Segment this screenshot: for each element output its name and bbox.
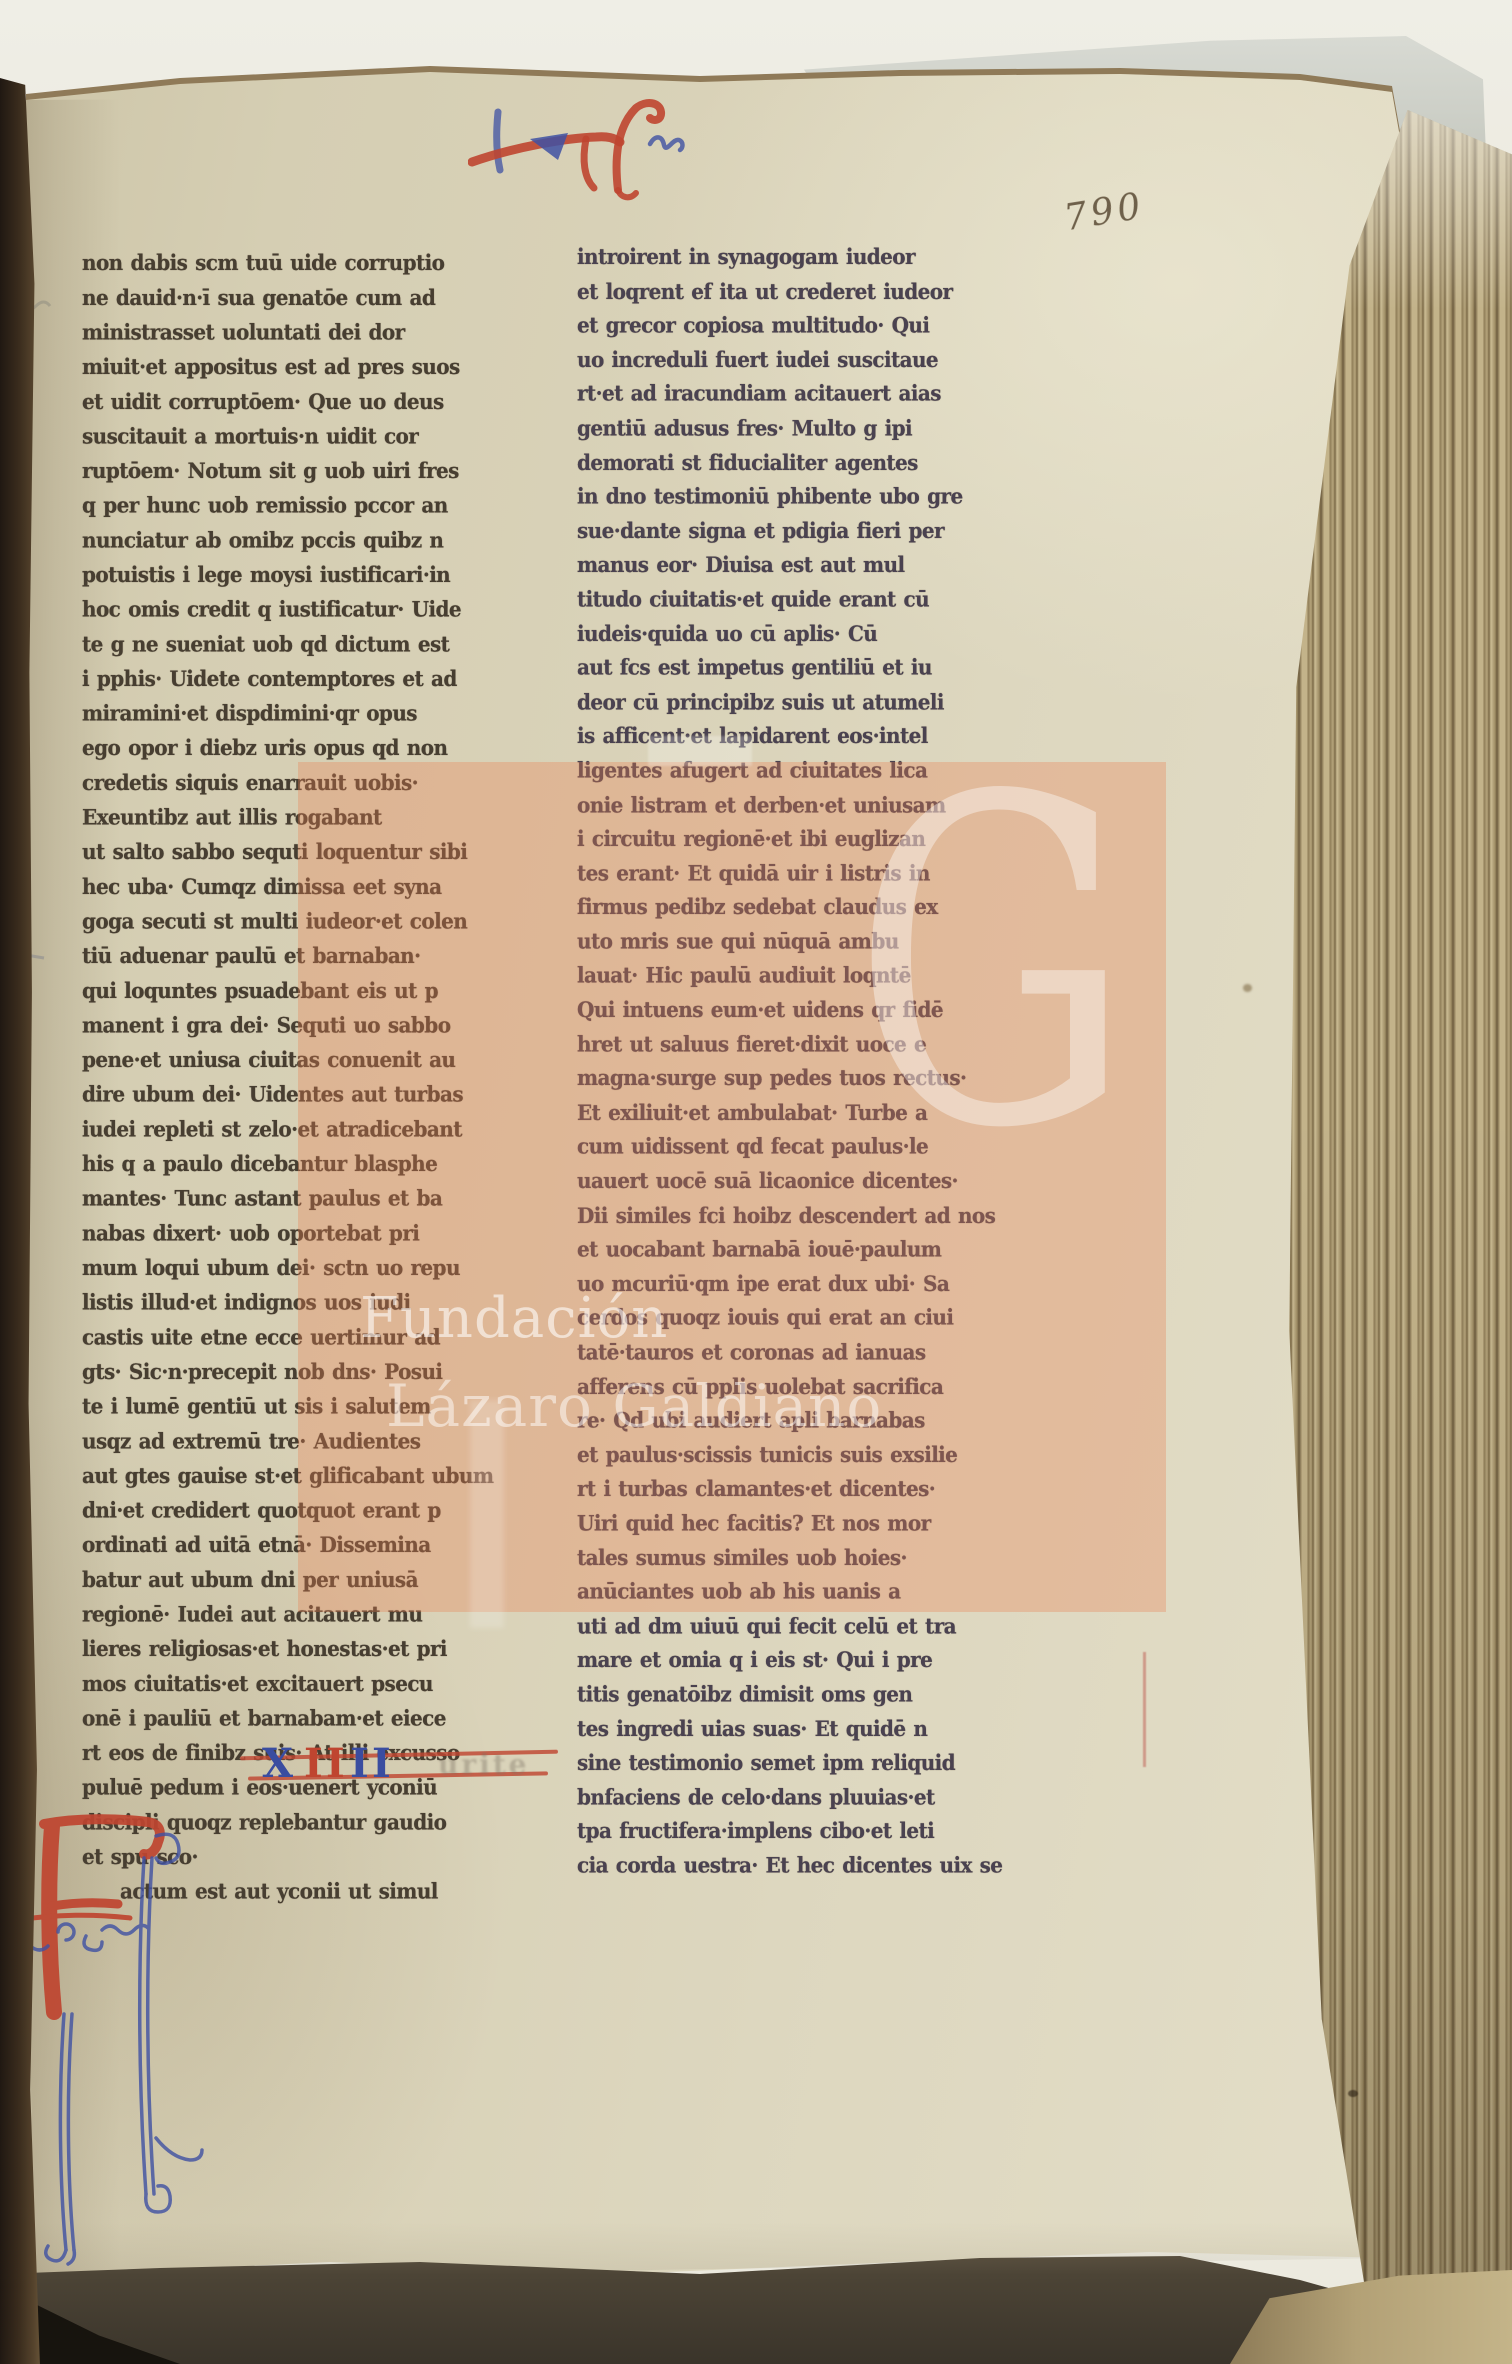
text-line: uto mris sue qui nūquā ambu [577,924,1019,958]
text-line: nunciatur ab omibz pccis quibz n [82,523,528,558]
text-line: demorati st fiducialiter agentes [577,445,1019,479]
text-line: dni·et credidert quotquot erant p [82,1493,528,1528]
chapter-letter: I [350,1741,369,1787]
text-line: Exeuntibz aut illis rogabant [82,800,528,835]
text-line: iudeis·quida uo cū aplis· Cū [577,616,1019,650]
text-line: castis uite etne ecce uertimur ad [82,1320,528,1355]
text-line: Dii similes fci hoibz descendert ad nos [577,1198,1019,1232]
text-line: et paulus·scissis tunicis suis exsilie [577,1438,1019,1472]
text-line: credetis siquis enarrauit uobis· [82,766,528,801]
text-line: i pphis· Uidete contemptores et ad [82,662,528,697]
text-line: tpa fructifera·implens cibo·et leti [577,1814,1019,1848]
chapter-letter: I [304,1741,323,1787]
text-line: et loqrent ef ita ut crederet iudeor [577,274,1019,308]
text-line: cerdos quoqz iouis qui erat an ciui [577,1301,1019,1335]
text-line: mum loqui ubum dei· sctn uo repu [82,1251,528,1286]
text-line: i circuitu regionē·et ibi euglizan [577,822,1019,856]
text-line: deor cū principibz suis ut atumeli [577,685,1019,719]
text-line: titudo ciuitatis·et quide erant cū [577,582,1019,616]
text-line: tatē·tauros et coronas ad ianuas [577,1335,1019,1369]
text-line: manus eor· Diuisa est aut mul [577,548,1019,582]
text-line: is afficent·et lapidarent eos·intel [577,719,1019,753]
text-line: uo increduli fuert iudei suscitaue [577,343,1019,377]
text-line: tales sumus similes uob hoies· [577,1540,1019,1574]
text-line: miuit·et appositus est ad pres suos [82,350,528,385]
text-line: te g ne sueniat uob qd dictum est [82,627,528,662]
text-line: bnfaciens de celo·dans pluuias·et [577,1780,1019,1814]
text-line: et uocabant barnabā iouē·paulum [577,1232,1019,1266]
text-line: rt i turbas clamantes·et dicentes· [577,1472,1019,1506]
text-line: regionē· Iudei aut acitauert mu [82,1597,528,1632]
text-line: iudei repleti st zelo·et atradicebant [82,1112,528,1147]
text-line: hoc omis credit q iustificatur· Uide [82,593,528,628]
text-line: qui loquntes psuadebant eis ut p [82,974,528,1009]
chapter-numeral-block: X I I I I urite [238,1740,598,1796]
text-line: ordinati ad uitā etnā· Dissemina [82,1528,528,1563]
text-line: aut fcs est impetus gentiliū et iu [577,651,1019,685]
text-line: tiū aduenar paulū et barnaban· [82,939,528,974]
text-line: potuistis i lege moysi iustificari·in [82,558,528,593]
chapter-letter: I [372,1741,391,1787]
text-line: lauat· Hic paulū audiuit loqntē [577,959,1019,993]
text-line: re· Qd ubi audiert apli barnabas [577,1404,1019,1438]
text-line: et grecor copiosa multitudo· Qui [577,308,1019,342]
text-line: mare et omia q i eis st· Qui i pre [577,1643,1019,1677]
text-line: te i lumē gentiū ut sis i salutem [82,1389,528,1424]
text-line: introirent in synagogam iudeor [577,240,1019,274]
chapter-letter: I [326,1741,345,1787]
text-line: uo mcuriū·qm ipe erat dux ubi· Sa [577,1267,1019,1301]
text-line: ne dauid·n·ī sua genatōe cum ad [82,281,528,316]
text-line: ego opor i diebz uris opus qd non [82,731,528,766]
text-line: Uiri quid hec facitis? Et nos mor [577,1506,1019,1540]
running-title-penwork [468,92,708,202]
text-line: uauert uocē suā licaonice dicentes· [577,1164,1019,1198]
text-line: Et exiliuit·et ambulabat· Turbe a [577,1096,1019,1130]
manuscript-photo: 790 non dabis scm tuū uide corruptione d… [0,0,1512,2364]
text-line: miramini·et dispdimini·qr opus [82,696,528,731]
text-line: onie listram et derben·et uniusam [577,788,1019,822]
text-line: listis illud·et indignos uos iudi [82,1286,528,1321]
red-hairline-mark [1143,1652,1146,1767]
text-line: sue·dante signa et pdigia fieri per [577,514,1019,548]
text-line: his q a paulo dicebantur blasphe [82,1147,528,1182]
text-line: suscitauit a mortuis·n uidit cor [82,419,528,454]
text-line: tes erant· Et quidā uir i listris in [577,856,1019,890]
text-line: mos ciuitatis·et excitauert psecu [82,1667,528,1702]
stain-spot [1348,2090,1358,2097]
text-line: in dno testimoniū phibente ubo gre [577,480,1019,514]
text-line: q per hunc uob remissio pccor an [82,489,528,524]
text-line: hret ut saluus fieret·dixit uoce e [577,1027,1019,1061]
text-column-right: introirent in synagogam iudeoret loqrent… [577,240,1019,1883]
text-line: onē i pauliū et barnabam·et eiece [82,1701,528,1736]
text-line: firmus pedibz sedebat claudus ex [577,890,1019,924]
text-line: non dabis scm tuū uide corruptio [82,246,528,281]
text-line: nabas dixert· uob oportebat pri [82,1216,528,1251]
text-line: anūciantes uob ab his uanis a [577,1575,1019,1609]
text-line: sine testimonio semet ipm reliquid [577,1746,1019,1780]
text-line: goga secuti st multi iudeor·et colen [82,904,528,939]
text-line: ligentes afugert ad ciuitates lica [577,753,1019,787]
text-line: batur aut ubum dni per uniusā [82,1563,528,1598]
text-line: pene·et uniusa ciuitas conuenit au [82,1043,528,1078]
text-line: dire ubum dei· Uidentes aut turbas [82,1078,528,1113]
text-line: rt·et ad iracundiam acitauert aias [577,377,1019,411]
text-line: uti ad dm uiuū qui fecit celū et tra [577,1609,1019,1643]
text-line: afferens cū pplis uolebat sacrifica [577,1369,1019,1403]
text-line: lieres religiosas·et honestas·et pri [82,1632,528,1667]
text-line: gentiū adusus fres· Multo g ipi [577,411,1019,445]
text-line: titis genatōibz dimisit oms gen [577,1677,1019,1711]
text-line: gts· Sic·n·precepit nob dns· Posui [82,1355,528,1390]
stain-spot [1243,984,1252,992]
illuminated-initial-F [6,1798,236,2298]
text-line: manent i gra dei· Sequti uo sabbo [82,1008,528,1043]
text-line: aut gtes gauise st·et glificabant ubum [82,1459,528,1494]
chapter-letter: X [262,1741,293,1787]
text-line: cia corda uestra· Et hec dicentes uix se [577,1849,1019,1883]
text-line: ministrasset uoluntati dei dor [82,315,528,350]
text-line: cum uidissent qd fecat paulus·le [577,1130,1019,1164]
text-line: ut salto sabbo sequti loquentur sibi [82,835,528,870]
text-line: ruptōem· Notum sit g uob uiri fres [82,454,528,489]
text-column-left: non dabis scm tuū uide corruptione dauid… [82,246,528,1909]
text-line: mantes· Tunc astant paulus et ba [82,1182,528,1217]
text-line: et uidit corruptōem· Que uo deus [82,385,528,420]
text-line: hec uba· Cumqz dimissa eet syna [82,870,528,905]
text-line: Qui intuens eum·et uidens qr fidē [577,993,1019,1027]
text-line: tes ingredi uias suas· Et quidē n [577,1712,1019,1746]
text-line: usqz ad extremū tre· Audientes [82,1424,528,1459]
text-line: magna·surge sup pedes tuos rectus· [577,1061,1019,1095]
offset-ink-ghost: urite [438,1748,530,1781]
